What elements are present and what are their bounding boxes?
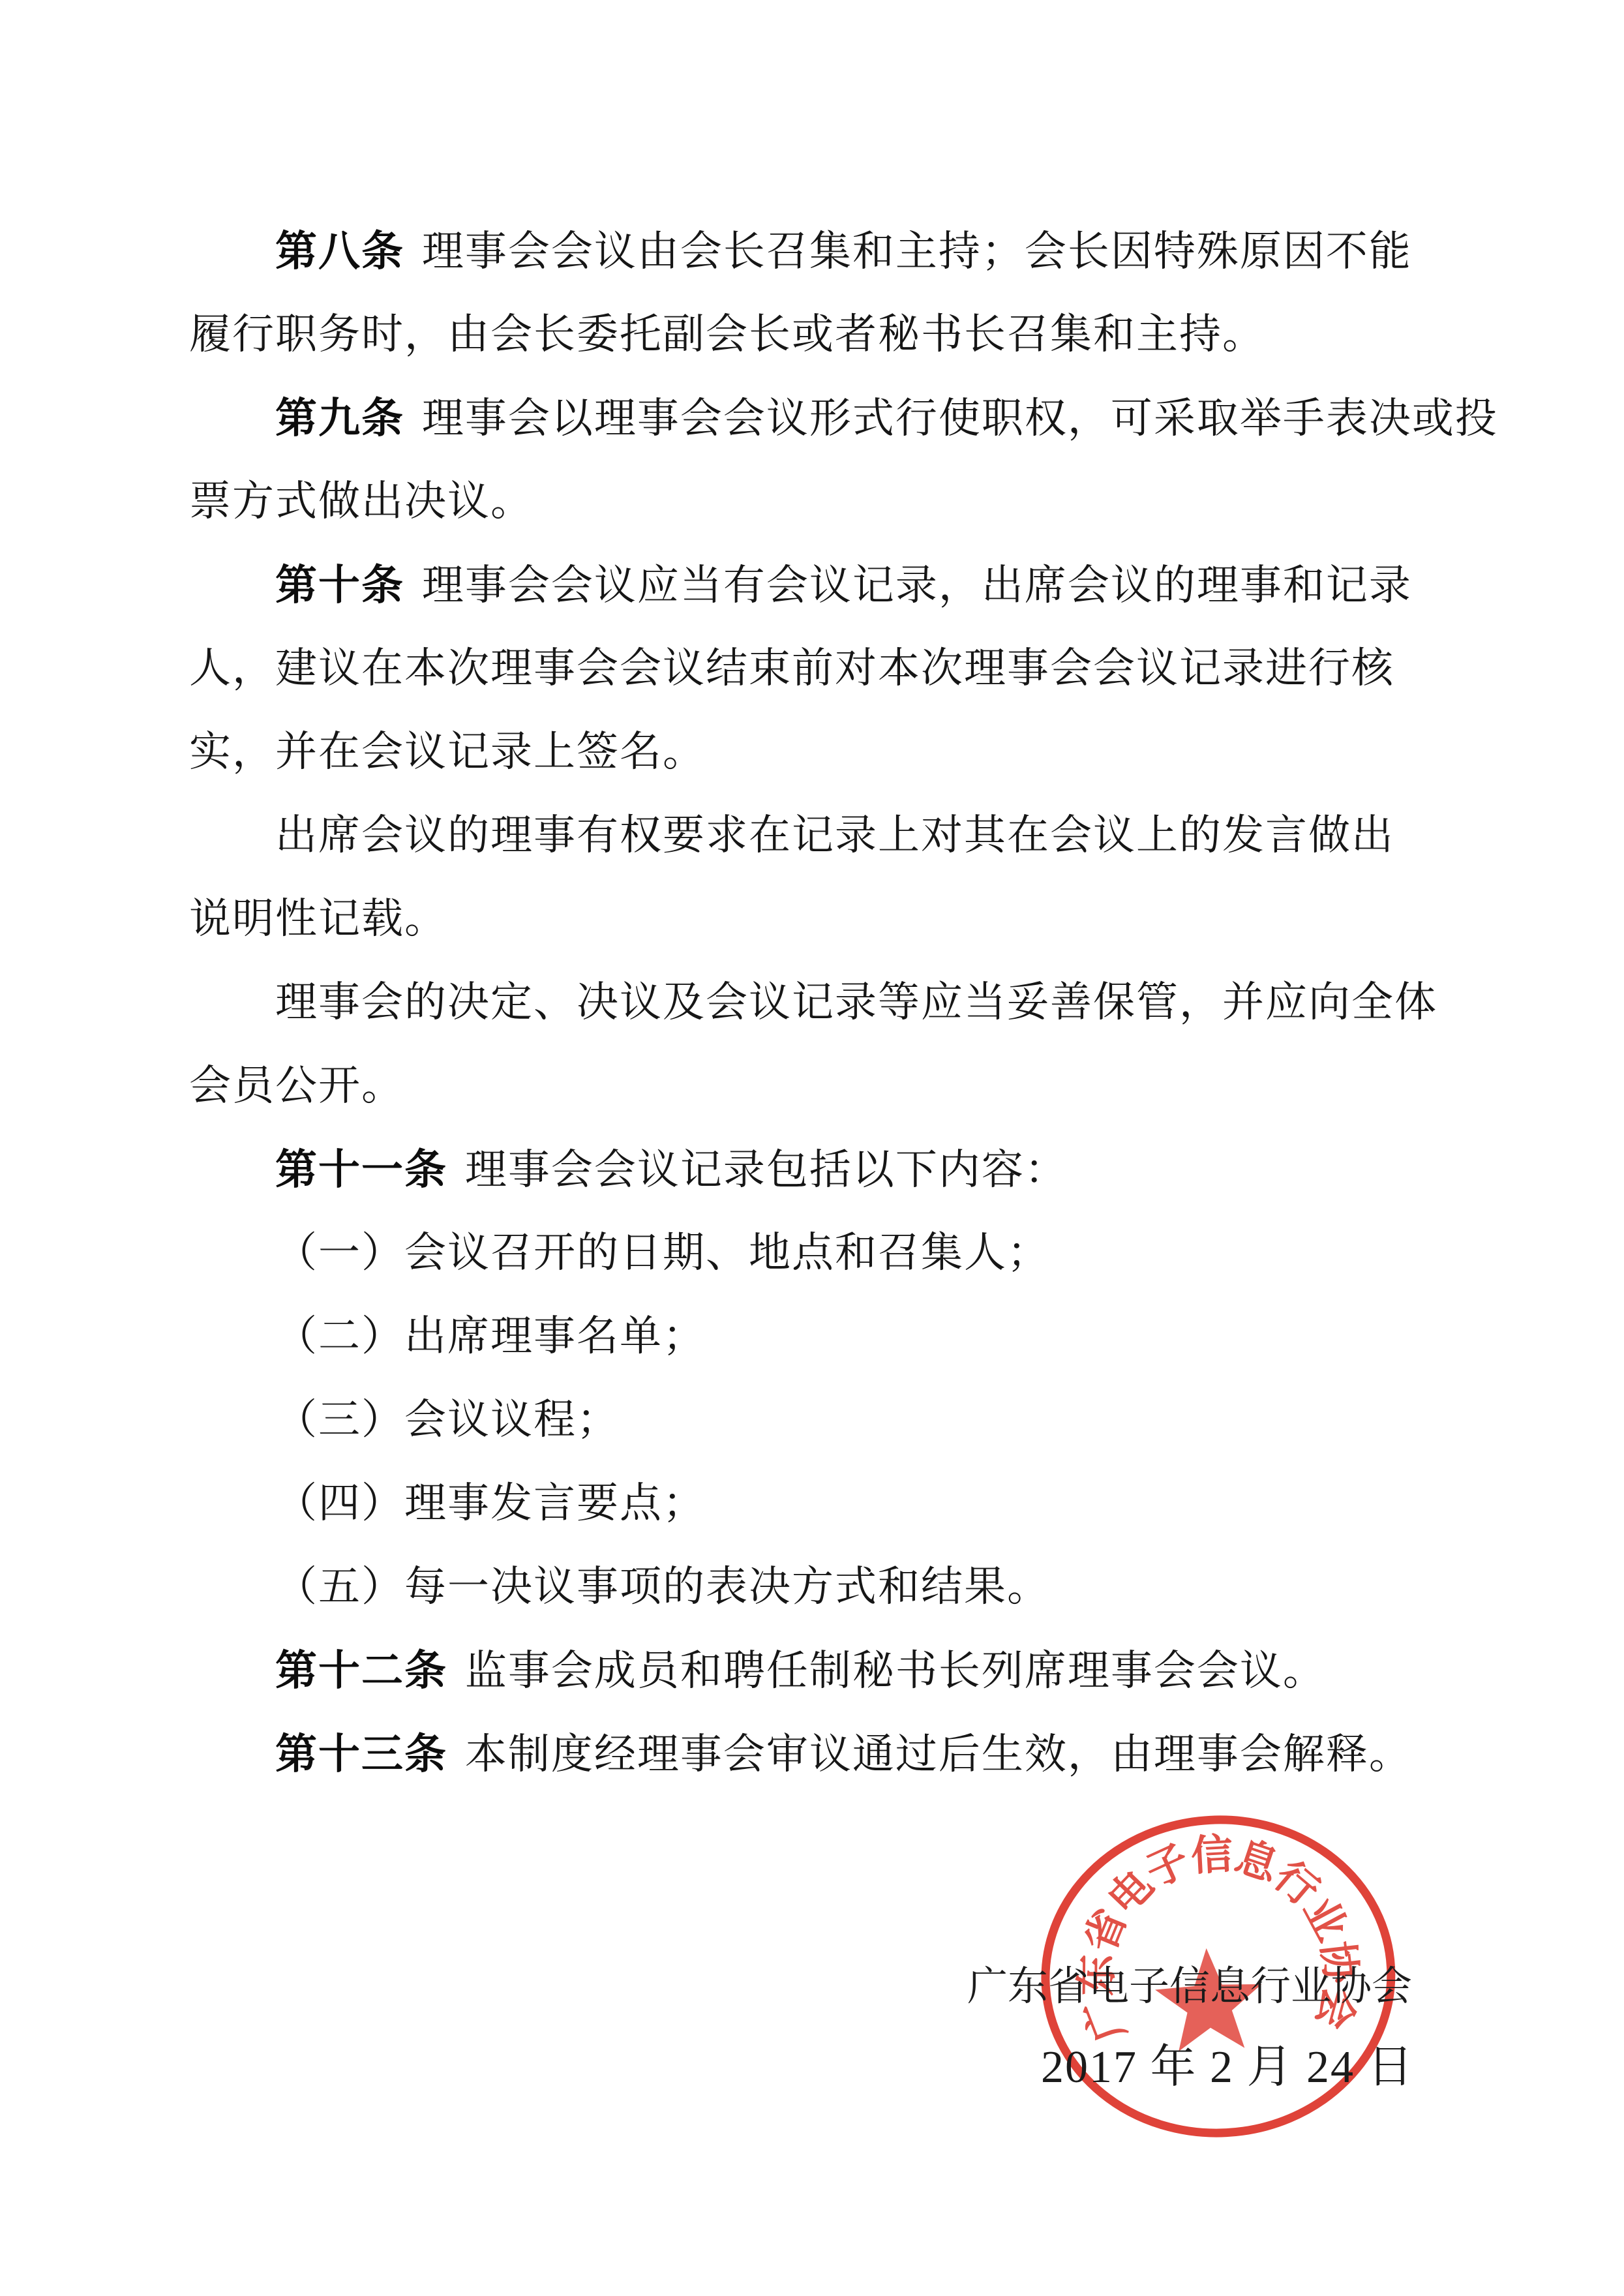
document-line: （二）出席理事名单；: [189, 1295, 1441, 1378]
line-text: 票方式做出决议。: [189, 478, 534, 524]
line-text: 履行职务时，由会长委托副会长或者秘书长召集和主持。: [189, 311, 1265, 357]
line-text: （五）每一决议事项的表决方式和结果。: [275, 1563, 1050, 1610]
article-number: 第十三条: [275, 1730, 447, 1777]
line-text: （二）出席理事名单；: [275, 1313, 706, 1359]
line-text: 出席会议的理事有权要求在记录上对其在会议上的发言做出: [275, 812, 1394, 858]
document-line: （三）会议议程；: [189, 1378, 1441, 1462]
article-number: 第八条: [275, 228, 404, 275]
line-text: 人，建议在本次理事会会议结束前对本次理事会会议记录进行核: [189, 645, 1394, 691]
line-text: （四）理事发言要点；: [275, 1480, 706, 1526]
article-number: 第十条: [275, 562, 404, 609]
article-number: 第九条: [275, 395, 404, 442]
document-line: 票方式做出决议。: [189, 460, 1441, 543]
signature-org: 广东省电子信息行业协会: [967, 1954, 1412, 2012]
document-page: 第八条理事会会议由会长召集和主持；会长因特殊原因不能 履行职务时，由会长委托副会…: [0, 0, 1624, 2296]
document-line: （四）理事发言要点；: [189, 1462, 1441, 1545]
line-text: 理事会会议由会长召集和主持；会长因特殊原因不能: [422, 228, 1412, 275]
document-line: 第九条理事会以理事会会议形式行使职权，可采取举手表决或投: [189, 376, 1441, 460]
line-text: 会员公开。: [189, 1063, 404, 1109]
line-text: 监事会成员和聘任制秘书长列席理事会会议。: [465, 1648, 1326, 1694]
signature-date: 2017 年 2 月 24 日: [1041, 2030, 1415, 2096]
line-text: 本制度经理事会审议通过后生效，由理事会解释。: [465, 1731, 1412, 1777]
line-text: （一）会议召开的日期、地点和召集人；: [275, 1230, 1050, 1276]
document-line: 人，建议在本次理事会会议结束前对本次理事会会议记录进行核: [189, 627, 1441, 710]
seal-arc-char: 信: [1190, 1831, 1234, 1879]
document-body: 第八条理事会会议由会长召集和主持；会长因特殊原因不能 履行职务时，由会长委托副会…: [189, 209, 1441, 1796]
document-line: （五）每一决议事项的表决方式和结果。: [189, 1545, 1441, 1629]
article-number: 第十二条: [275, 1647, 447, 1694]
document-line: 第十一条理事会会议记录包括以下内容：: [189, 1128, 1441, 1211]
line-text: 理事会的决定、决议及会议记录等应当妥善保管，并应向全体: [275, 979, 1437, 1025]
document-line: 说明性记载。: [189, 877, 1441, 961]
document-line: 实，并在会议记录上签名。: [189, 710, 1441, 794]
document-line: 履行职务时，由会长委托副会长或者秘书长召集和主持。: [189, 293, 1441, 376]
article-number: 第十一条: [275, 1146, 447, 1193]
document-line: 第十二条监事会成员和聘任制秘书长列席理事会会议。: [189, 1629, 1441, 1712]
document-line: 会员公开。: [189, 1044, 1441, 1128]
line-text: 理事会以理事会会议形式行使职权，可采取举手表决或投: [422, 395, 1498, 442]
document-line: 第十条理事会会议应当有会议记录，出席会议的理事和记录: [189, 543, 1441, 627]
line-text: 理事会会议记录包括以下内容：: [465, 1147, 1068, 1193]
line-text: 实，并在会议记录上签名。: [189, 729, 706, 775]
document-line: 理事会的决定、决议及会议记录等应当妥善保管，并应向全体: [189, 961, 1441, 1044]
line-text: 理事会会议应当有会议记录，出席会议的理事和记录: [422, 562, 1412, 609]
document-line: 第八条理事会会议由会长召集和主持；会长因特殊原因不能: [189, 209, 1441, 293]
document-line: 出席会议的理事有权要求在记录上对其在会议上的发言做出: [189, 794, 1441, 877]
document-line: 第十三条本制度经理事会审议通过后生效，由理事会解释。: [189, 1712, 1441, 1796]
document-line: （一）会议召开的日期、地点和召集人；: [189, 1211, 1441, 1295]
line-text: （三）会议议程；: [275, 1397, 620, 1443]
line-text: 说明性记载。: [189, 896, 447, 942]
